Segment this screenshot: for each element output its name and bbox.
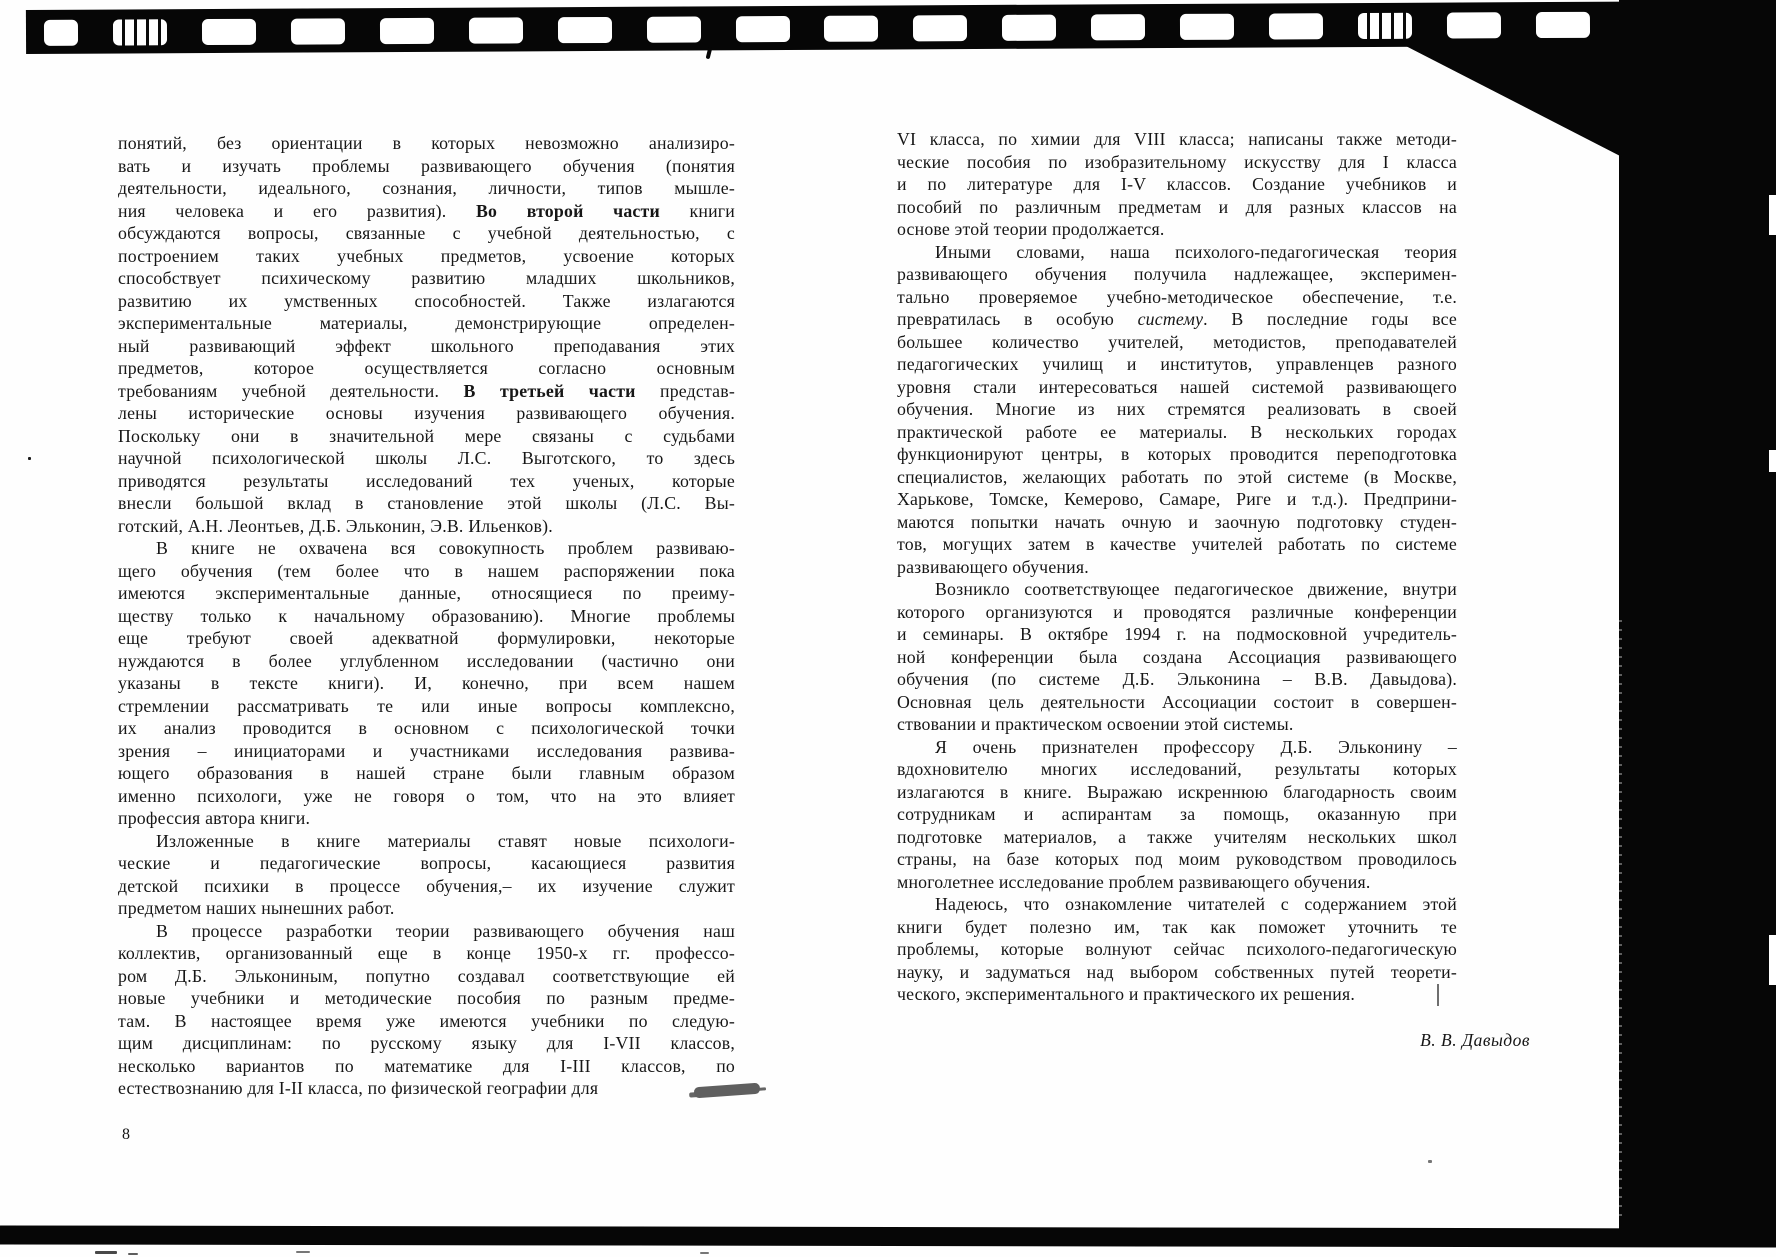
text-line: основе этой теории продолжается.: [897, 218, 1457, 241]
text-line: щего обучения (тем более что в нашем рас…: [118, 560, 735, 583]
text-line: вдохновителю многих исследований, резуль…: [897, 758, 1457, 781]
text-line: приводятся результаты исследований тех у…: [118, 470, 735, 493]
text-line: ной конференции была создана Ассоциация …: [897, 646, 1457, 669]
text-line: которого организуются и проводятся разли…: [897, 601, 1457, 624]
text-line: обсуждаются вопросы, связанные с учебной…: [118, 222, 735, 245]
text-line: и семинары. В октябре 1994 г. на подмоск…: [897, 623, 1457, 646]
text-line: указаны в тексте книги). И, конечно, при…: [118, 672, 735, 695]
scan-edge-notch: [1769, 450, 1776, 472]
text-line: практической работе ее материалы. В неск…: [897, 421, 1457, 444]
text-line: излагаются в книге. Выражаю искреннюю бл…: [897, 781, 1457, 804]
text-line: развивающего обучения.: [897, 556, 1457, 579]
text-line: ющего образования в нашей стране были гл…: [118, 762, 735, 785]
text-line: стремлении рассматривать те или иные воп…: [118, 695, 735, 718]
text-line: тально проверяемое учебно-методическое о…: [897, 286, 1457, 309]
text-line: Изложенные в книге материалы ставят новы…: [118, 830, 735, 853]
scan-edge-notch: [1769, 195, 1776, 235]
film-sprocket-hole: [735, 16, 789, 42]
text-line: зрения – инициаторами и участниками иссл…: [118, 740, 735, 763]
text-line: понятий, без ориентации в которых невозм…: [118, 132, 735, 155]
text-line: предметом наших нынешних работ.: [118, 897, 735, 920]
text-line: Основная цель деятельности Ассоциации со…: [897, 691, 1457, 714]
text-line: ния человека и его развития). Во второй …: [118, 200, 735, 223]
film-sprocket-hole: [291, 18, 345, 44]
scan-noise: [1437, 984, 1439, 1006]
film-sprocket-hole: [1269, 13, 1323, 39]
text-line: В книге не охвачена вся совокупность про…: [118, 537, 735, 560]
text-line: естествознанию для I-II класса, по физич…: [118, 1077, 735, 1100]
text-line: проблемы, которые волнуют сейчас психоло…: [897, 938, 1457, 961]
left-page-text-column: понятий, без ориентации в которых невозм…: [118, 132, 735, 1100]
text-line: тов, могущих затем в качестве учителей р…: [897, 533, 1457, 556]
text-line: маются попытки начать очную и заочную по…: [897, 511, 1457, 534]
text-line: уровня стали интересоваться нашей систем…: [897, 376, 1457, 399]
film-sprocket-hole: [202, 19, 256, 45]
text-line: имеются экспериментальные данные, относя…: [118, 582, 735, 605]
text-line: книги будет полезно им, так как поможет …: [897, 916, 1457, 939]
text-line: профессия автора книги.: [118, 807, 735, 830]
scan-edge-notch: [1769, 935, 1776, 985]
text-line: способствует психическому развитию младш…: [118, 267, 735, 290]
film-sprocket-hole: [380, 18, 434, 44]
text-line: новые учебники и методические пособия по…: [118, 987, 735, 1010]
text-line: подготовке материалов, а также учителям …: [897, 826, 1457, 849]
text-line: экспериментальные материалы, демонстриру…: [118, 312, 735, 335]
text-line: несколько вариантов по математике для I-…: [118, 1055, 735, 1078]
scan-black-band-right: [1619, 0, 1776, 1247]
text-line: внесли большой вклад в становление этой …: [118, 492, 735, 515]
scan-noise: [1428, 1160, 1432, 1163]
text-line: требованиям учебной деятельности. В трет…: [118, 380, 735, 403]
text-line: ческие пособия по изобразительному искус…: [897, 151, 1457, 174]
film-sprocket-hole: [824, 16, 878, 42]
film-sprocket-hole: [1180, 14, 1234, 40]
text-line: Харькове, Томске, Кемерово, Самаре, Риге…: [897, 488, 1457, 511]
text-line: страны, на базе которых под моим руковод…: [897, 848, 1457, 871]
text-line: ный развивающий эффект школьного препода…: [118, 335, 735, 358]
scan-noise: [700, 1252, 709, 1254]
text-line: Иными словами, наша психолого-педагогиче…: [897, 241, 1457, 264]
text-line: вать и изучать проблемы развивающего обу…: [118, 155, 735, 178]
film-sprocket-hole: [646, 16, 700, 42]
author-signature: В. В. Давыдов: [1290, 1030, 1530, 1051]
text-line: деятельности, идеального, сознания, личн…: [118, 177, 735, 200]
text-line: развивающего обучения получила надлежаще…: [897, 263, 1457, 286]
text-line: научной психологической школы Л.С. Выгот…: [118, 447, 735, 470]
film-sprocket-hole: [558, 17, 612, 43]
film-sprocket-hole: [1002, 15, 1056, 41]
right-page-text-column: VI класса, по химии для VIII класса; нап…: [897, 128, 1457, 1006]
text-line: их анализ проводится в основном с психол…: [118, 717, 735, 740]
text-line: функционируют центры, в которых проводит…: [897, 443, 1457, 466]
film-sprocket-hole: [469, 17, 523, 43]
scan-noise: [128, 1253, 138, 1255]
text-line: нуждаются в более углубленном исследован…: [118, 650, 735, 673]
film-sprocket-hole: [44, 20, 78, 46]
text-line: именно психологи, уже не говоря о том, ч…: [118, 785, 735, 808]
scan-noise: [28, 457, 31, 460]
text-line: предметов, которое осуществляется соглас…: [118, 357, 735, 380]
text-line: детской психики в процессе обучения,– их…: [118, 875, 735, 898]
text-line: там. В настоящее время уже имеются учебн…: [118, 1010, 735, 1033]
text-line: сотрудникам и аспирантам за помощь, оказ…: [897, 803, 1457, 826]
text-line: Я очень признателен профессору Д.Б. Эльк…: [897, 736, 1457, 759]
scan-band-edge-noise: [1613, 620, 1622, 1220]
text-line: специалистов, желающих работать по этой …: [897, 466, 1457, 489]
film-sprocket-hole: [913, 15, 967, 41]
text-line: пособий по различным предметам и для раз…: [897, 196, 1457, 219]
text-line: обучения (по системе Д.Б. Эльконина – В.…: [897, 668, 1457, 691]
text-line: щим дисциплинам: по русскому языку для I…: [118, 1032, 735, 1055]
film-sprocket-hole: [1447, 12, 1501, 38]
scan-bottom-band: [0, 1225, 1776, 1247]
text-line: построением таких учебных предметов, усв…: [118, 245, 735, 268]
film-sprocket-hole: [1091, 14, 1145, 40]
text-line: обучения. Многие из них стремятся реализ…: [897, 398, 1457, 421]
text-line: большее количество учителей, методистов,…: [897, 331, 1457, 354]
text-line: педагогических училищ и институтов, упра…: [897, 353, 1457, 376]
text-line: науку, и задуматься над выбором собствен…: [897, 961, 1457, 984]
text-line: превратилась в особую систему. В последн…: [897, 308, 1457, 331]
text-line: и по литературе для I-V классов. Создани…: [897, 173, 1457, 196]
scanned-book-page: понятий, без ориентации в которых невозм…: [0, 0, 1776, 1257]
text-line: готский, А.Н. Леонтьев, Д.Б. Эльконин, Э…: [118, 515, 735, 538]
text-line: Возникло соответствующее педагогическое …: [897, 578, 1457, 601]
text-line: еще требуют своей адекватной формулировк…: [118, 627, 735, 650]
film-sprocket-hole: [1536, 12, 1590, 38]
text-line: ствовании и практическом освоении этой с…: [897, 713, 1457, 736]
text-line: ческого, экспериментального и практическ…: [897, 983, 1457, 1006]
text-line: ческие и педагогические вопросы, касающи…: [118, 852, 735, 875]
text-line: коллектив, организованный еще в конце 19…: [118, 942, 735, 965]
scan-noise: [296, 1251, 310, 1253]
text-line: ществу только к начальному образованию).…: [118, 605, 735, 628]
scan-noise: [95, 1251, 117, 1254]
text-line: Поскольку они в значительной мере связан…: [118, 425, 735, 448]
text-line: VI класса, по химии для VIII класса; нап…: [897, 128, 1457, 151]
text-line: В процессе разработки теории развивающег…: [118, 920, 735, 943]
text-line: Надеюсь, что ознакомление читателей с со…: [897, 893, 1457, 916]
text-line: многолетнее исследование проблем развива…: [897, 871, 1457, 894]
film-sprocket-hole: [113, 19, 167, 45]
film-sprocket-hole: [1358, 13, 1412, 39]
text-line: развитию их умственных способностей. Так…: [118, 290, 735, 313]
text-line: лены исторические основы изучения развив…: [118, 402, 735, 425]
page-number: 8: [122, 1126, 130, 1144]
text-line: ром Д.Б. Элькониным, попутно создавал со…: [118, 965, 735, 988]
